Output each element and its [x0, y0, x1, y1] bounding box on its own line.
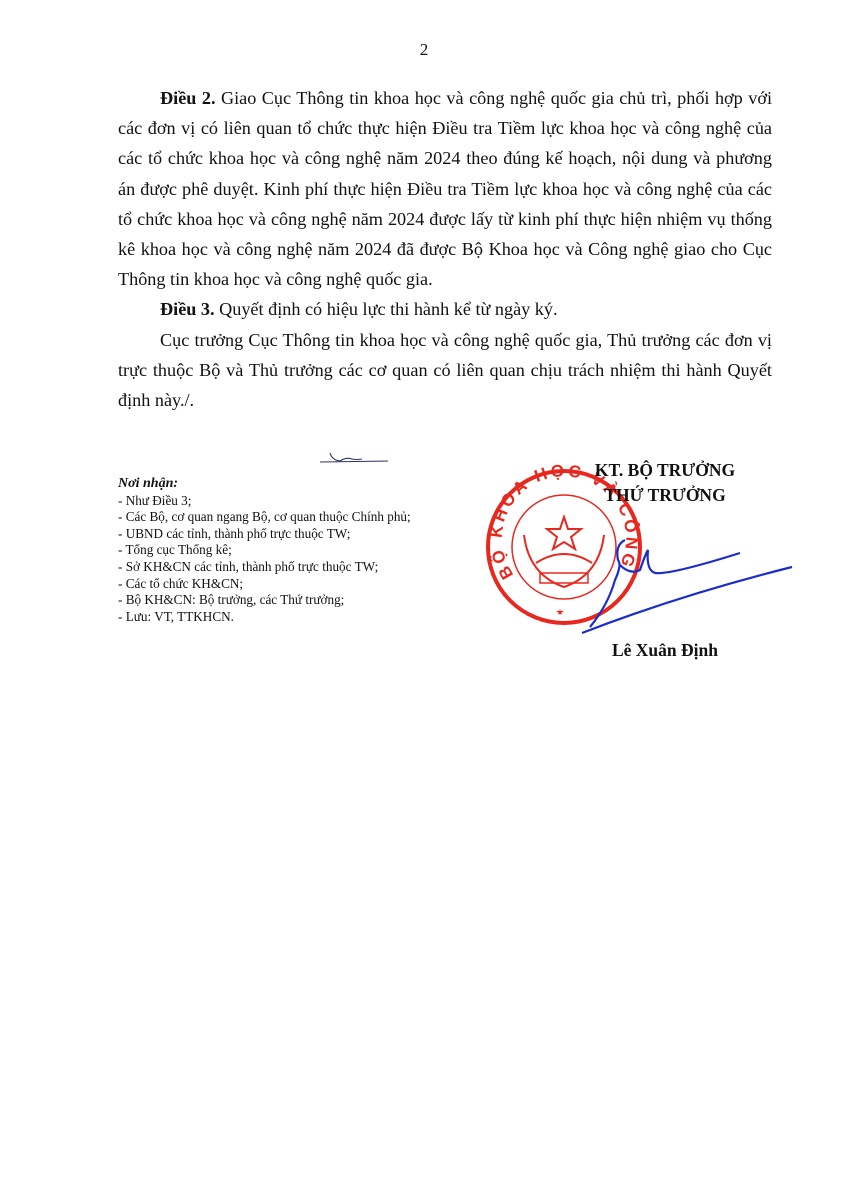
document-body: Điều 2. Giao Cục Thông tin khoa học và c… [118, 83, 772, 415]
recipients-block: Nơi nhận: - Như Điều 3; - Các Bộ, cơ qua… [118, 476, 478, 625]
signatory-title: KT. BỘ TRƯỞNG THỨ TRƯỞNG [560, 458, 770, 508]
closing-paragraph: Cục trưởng Cục Thông tin khoa học và côn… [118, 325, 772, 416]
recipient-item: - Các tổ chức KH&CN; [118, 576, 478, 593]
signatory-title-line1: KT. BỘ TRƯỞNG [560, 458, 770, 483]
recipient-item: - Các Bộ, cơ quan ngang Bộ, cơ quan thuộ… [118, 509, 478, 526]
article-3: Điều 3. Quyết định có hiệu lực thi hành … [118, 294, 772, 324]
article-2-label: Điều 2. [160, 88, 216, 108]
initial-mark-icon [318, 450, 392, 466]
recipient-item: - Lưu: VT, TTKHCN. [118, 609, 478, 626]
recipient-item: - Sở KH&CN các tỉnh, thành phố trực thuộ… [118, 559, 478, 576]
recipient-item: - Tổng cục Thống kê; [118, 542, 478, 559]
recipient-item: - Như Điều 3; [118, 493, 478, 510]
signatory-title-line2: THỨ TRƯỞNG [560, 483, 770, 508]
page-number: 2 [0, 40, 848, 60]
handwritten-signature-icon [560, 535, 800, 635]
recipients-title: Nơi nhận: [118, 476, 478, 493]
recipient-item: - UBND các tỉnh, thành phố trực thuộc TW… [118, 526, 478, 543]
signer-name: Lê Xuân Định [560, 640, 770, 661]
recipient-item: - Bộ KH&CN: Bộ trưởng, các Thứ trưởng; [118, 592, 478, 609]
article-2: Điều 2. Giao Cục Thông tin khoa học và c… [118, 83, 772, 294]
article-3-text: Quyết định có hiệu lực thi hành kể từ ng… [215, 299, 558, 319]
article-3-label: Điều 3. [160, 299, 215, 319]
article-2-text: Giao Cục Thông tin khoa học và công nghệ… [118, 88, 772, 289]
